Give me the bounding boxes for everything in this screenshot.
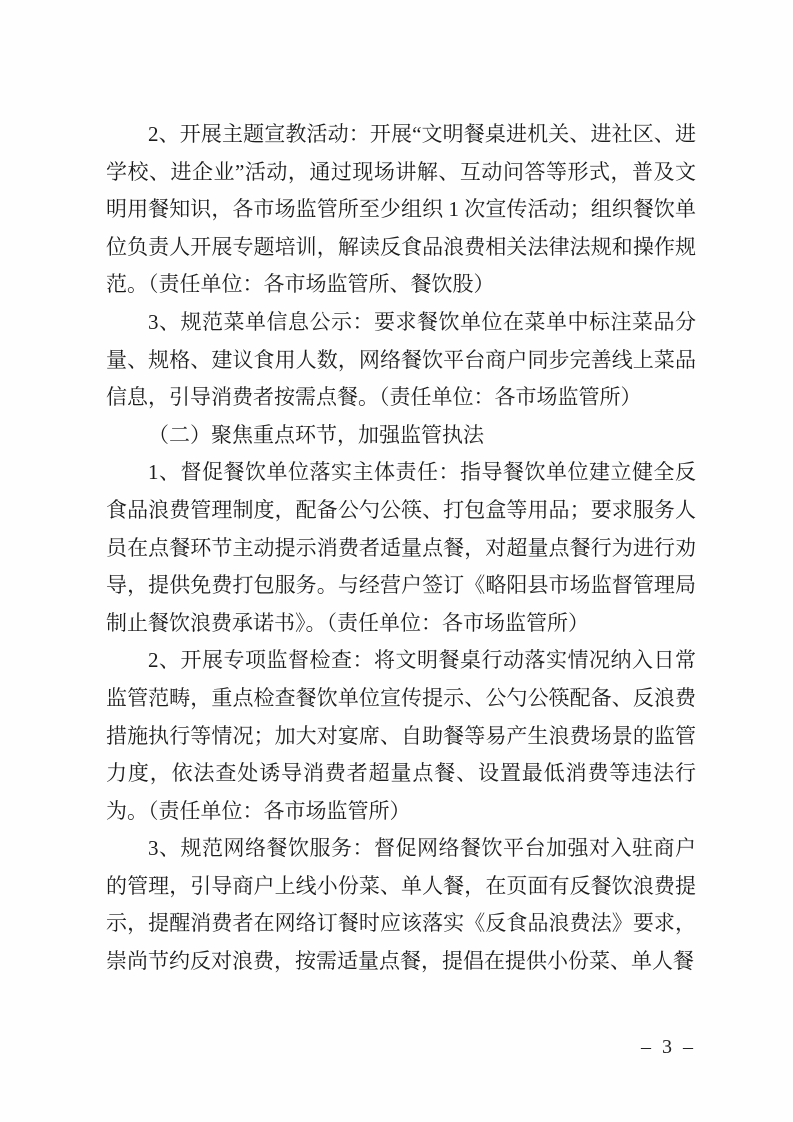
document-body: 2、开展主题宣教活动：开展“文明餐桌进机关、进社区、进学校、进企业”活动，通过现… [106,116,696,981]
paragraph-special-inspection: 2、开展专项监督检查：将文明餐桌行动落实情况纳入日常监管范畴，重点检查餐饮单位宣… [106,642,696,830]
page-number: – 3 – [641,1036,696,1059]
document-page: 2、开展主题宣教活动：开展“文明餐桌进机关、进社区、进学校、进企业”活动，通过现… [0,0,793,1122]
paragraph-theme-propaganda: 2、开展主题宣教活动：开展“文明餐桌进机关、进社区、进学校、进企业”活动，通过现… [106,116,696,304]
paragraph-menu-info-publicity: 3、规范菜单信息公示：要求餐饮单位在菜单中标注菜品分量、规格、建议食用人数，网络… [106,304,696,417]
paragraph-online-catering-service: 3、规范网络餐饮服务：督促网络餐饮平台加强对入驻商户的管理，引导商户上线小份菜、… [106,830,696,980]
paragraph-main-responsibility: 1、督促餐饮单位落实主体责任：指导餐饮单位建立健全反食品浪费管理制度，配备公勺公… [106,454,696,642]
section-heading-2: （二）聚焦重点环节，加强监管执法 [106,417,696,455]
